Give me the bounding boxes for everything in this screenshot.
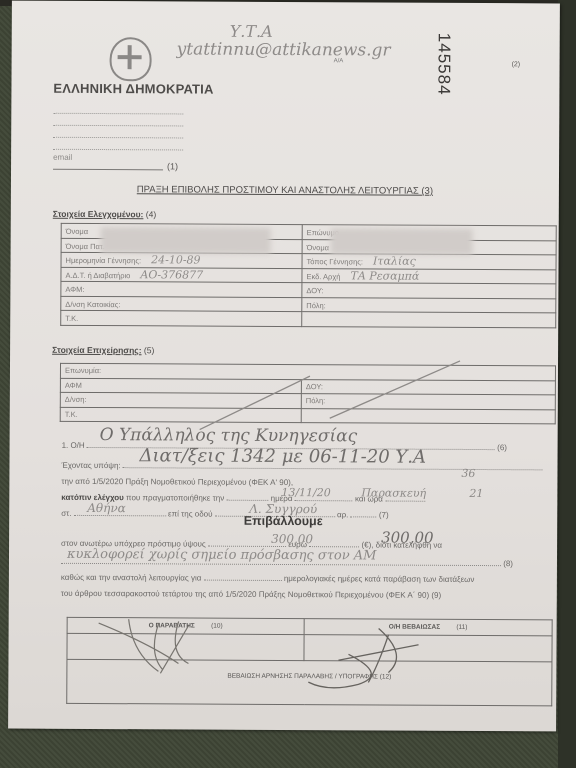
field-value: ΑΟ-376877 [140, 268, 203, 281]
handwritten-official: Ο Υπάλληλος της Κυνηγεσίας [100, 425, 358, 446]
handwritten-authority: Υ.Τ.Α [230, 22, 273, 41]
field-label: Εκδ. Αρχή [306, 272, 340, 281]
handwritten-note: 36 [461, 467, 475, 480]
greek-coat-of-arms-icon [109, 37, 151, 81]
field-label: Τόπος Γέννησης: [307, 257, 363, 266]
redacted-area [101, 227, 271, 254]
field-value: ΤΑ Ρεσαμπά [351, 269, 420, 282]
field-cell: ΔΟΥ: [302, 283, 556, 299]
ref-marker: (2) [512, 61, 521, 68]
issuer-line [53, 113, 183, 115]
field-cell: Δ/νση Κατοικίας: [61, 296, 302, 312]
aa-label: Α/Α [334, 58, 344, 64]
field-label: ΑΦΜ: [65, 285, 84, 294]
field-label: Τ.Κ. [65, 314, 78, 323]
issuer-line [53, 125, 183, 127]
field-label: Δ/νση Κατοικίας: [65, 300, 120, 309]
ref-marker: (1) [167, 161, 178, 171]
fine-document: ΕΛΛΗΝΙΚΗ ΔΗΜΟΚΡΑΤΙΑ email (1) Υ.Τ.Α ytat… [8, 1, 560, 732]
table-row: Τ.Κ. [61, 310, 556, 327]
issuer-line [53, 149, 183, 151]
imposed-heading: Επιβάλλουμε [9, 513, 557, 530]
field-label: ΔΟΥ: [306, 286, 323, 295]
field-label: Ημερομηνία Γέννησης: [66, 256, 142, 265]
handwritten-legal-basis: Διατ/ξεις 1342 με 06-11-20 Υ.Α [139, 445, 426, 467]
field-value: Ιταλίας [373, 255, 416, 268]
statement-line-3: την από 1/5/2020 Πράξη Νομοθετικού Περιε… [61, 477, 293, 487]
email-field-line [53, 169, 163, 171]
field-cell: Ημερομηνία Γέννησης: 24-10-89 [61, 252, 302, 268]
handwritten-amount-words: 300,00 [271, 532, 313, 546]
field-label: Α.Δ.Τ. ή Διαβατήριο [65, 271, 130, 280]
handwritten-signatures [88, 613, 508, 695]
field-label: Όνομα [307, 243, 329, 252]
fine-line-4: του άρθρου τεσσαρακοστού τετάρτου της απ… [61, 589, 441, 600]
handwritten-day: Παρασκευή [361, 486, 426, 499]
handwritten-amount: 300,00 [381, 529, 434, 547]
handwritten-date: 13/11/20 [281, 486, 330, 499]
handwritten-reason: κυκλοφορεί χωρίς σημείο πρόσβασης στον Α… [67, 547, 377, 564]
redacted-area [331, 228, 473, 255]
field-cell: ΑΦΜ: [61, 281, 302, 297]
email-label: email [53, 153, 72, 162]
serial-number: 145584 [433, 33, 453, 96]
field-label: Όνομα [66, 227, 88, 236]
field-cell: Α.Δ.Τ. ή Διαβατήριο ΑΟ-376877 [61, 267, 302, 283]
field-cell: Τ.Κ. [61, 310, 302, 326]
fine-line-3: καθώς και την αναστολή λειτουργίας για η… [61, 573, 475, 584]
issuer-line [53, 137, 183, 139]
state-name: ΕΛΛΗΝΙΚΗ ΔΗΜΟΚΡΑΤΙΑ [53, 81, 213, 97]
field-label: Όνομα Πατ. [66, 242, 105, 251]
field-cell [302, 312, 556, 328]
field-value: 24-10-89 [151, 254, 201, 267]
field-cell: Τόπος Γέννησης: Ιταλίας [302, 254, 556, 270]
controlled-person-section-label: Στοιχεία Ελεγχομένου: (4) [53, 209, 156, 220]
handwritten-email: ytattinnu@attikanews.gr [177, 39, 391, 60]
field-cell: Εκδ. Αρχή ΤΑ Ρεσαμπά [302, 268, 556, 284]
background-edge-right [558, 0, 576, 768]
field-label: Πόλη: [306, 301, 325, 310]
handwritten-time: 21 [469, 487, 483, 500]
field-cell: Πόλη: [302, 297, 556, 313]
business-section-label: Στοιχεία Επιχείρησης: (5) [52, 345, 154, 356]
document-title: ΠΡΑΞΗ ΕΠΙΒΟΛΗΣ ΠΡΟΣΤΙΜΟΥ ΚΑΙ ΑΝΑΣΤΟΛΗΣ Λ… [11, 184, 559, 198]
